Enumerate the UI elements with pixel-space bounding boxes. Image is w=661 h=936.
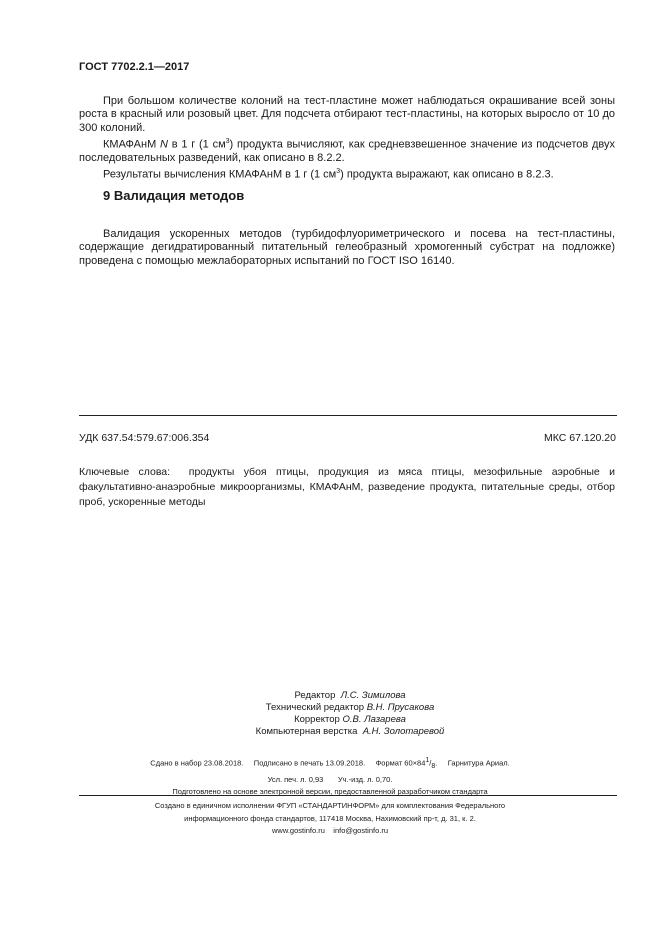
publisher-contacts: www.gostinfo.ru info@gostinfo.ru xyxy=(90,825,570,838)
paragraph-results: Результаты вычисления КМАФАнМ в 1 г (1 с… xyxy=(79,165,615,182)
publisher-site-link[interactable]: www.gostinfo.ru xyxy=(272,826,325,835)
body-paragraphs: При большом количестве колоний на тест-п… xyxy=(79,95,615,182)
divider-bottom xyxy=(79,795,617,796)
section-text: Валидация ускоренных методов (турбидофлу… xyxy=(79,228,615,268)
imprint: Сдано в набор 23.08.2018. Подписано в пе… xyxy=(90,755,570,799)
imprint-prepared: Подготовлено на основе электронной верси… xyxy=(90,786,570,799)
imprint-line2: Усл. печ. л. 0,93 Уч.-изд. л. 0,70. xyxy=(90,774,570,787)
standard-code: ГОСТ 7702.2.1—2017 xyxy=(79,61,189,73)
keywords-label: Ключевые слова: xyxy=(79,466,170,478)
publisher: Создано в единичном исполнении ФГУП «СТА… xyxy=(90,800,570,838)
section-text-block: Валидация ускоренных методов (турбидофлу… xyxy=(79,228,615,268)
paragraph-colonies: При большом количестве колоний на тест-п… xyxy=(79,95,615,135)
mks-code: МКС 67.120.20 xyxy=(544,432,616,444)
publisher-line1: Создано в единичном исполнении ФГУП «СТА… xyxy=(90,800,570,813)
publisher-line2: информационного фонда стандартов, 117418… xyxy=(90,813,570,826)
credit-tech-editor: Технический редактор В.Н. Прусакова xyxy=(200,702,500,714)
section-heading: 9 Валидация методов xyxy=(103,188,244,203)
divider-top xyxy=(79,415,617,416)
credit-layout: Компьютерная верстка А.Н. Золотаревой xyxy=(200,726,500,738)
credit-corrector: Корректор О.В. Лазарева xyxy=(200,714,500,726)
keywords: Ключевые слова: продукты убоя птицы, про… xyxy=(79,465,615,510)
credit-editor: Редактор Л.С. Зимилова xyxy=(200,690,500,702)
imprint-line1: Сдано в набор 23.08.2018. Подписано в пе… xyxy=(90,755,570,774)
udk-code: УДК 637.54:579.67:006.354 xyxy=(79,432,209,444)
paragraph-calculation: КМАФАнМ N в 1 г (1 см3) продукта вычисля… xyxy=(79,135,615,165)
credits: Редактор Л.С. Зимилова Технический редак… xyxy=(200,690,500,738)
publisher-email-link[interactable]: info@gostinfo.ru xyxy=(333,826,388,835)
